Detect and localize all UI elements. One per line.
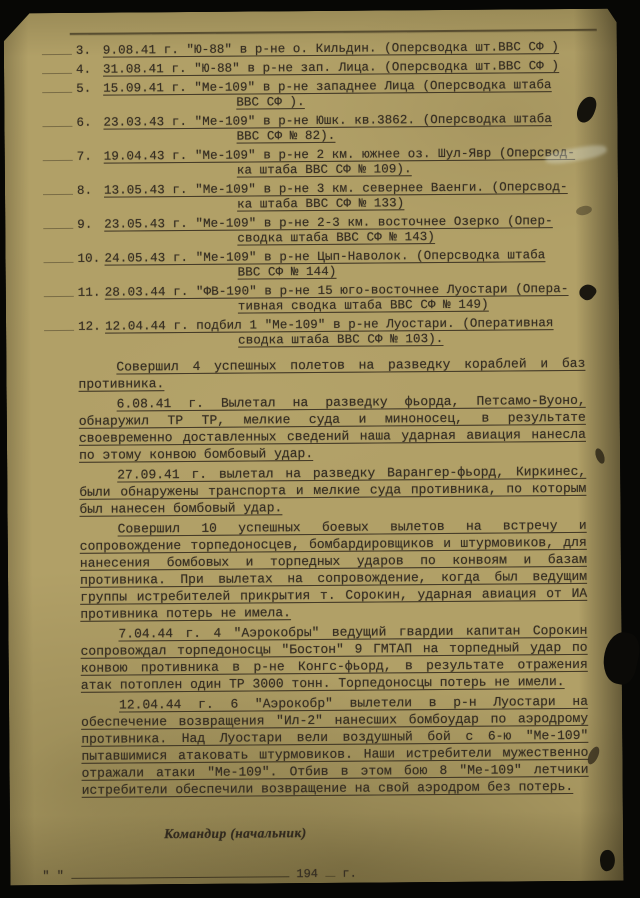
scanned-document-page: { "meta": { "description": "Scanned type… — [0, 0, 640, 898]
list-item: 7.19.04.43 г. "Ме-109" в р-не 2 км. южне… — [77, 146, 584, 180]
entry-text: 23.03.43 г. "Ме-109" в р-не Юшк. кв.3862… — [103, 112, 552, 130]
victory-list: 3.9.08.41 г. "Ю-88" в р-не о. Кильдин. (… — [76, 40, 585, 350]
entry-text: 28.03.44 г. "ФВ-190" в р-не 15 юго-восто… — [105, 282, 569, 300]
entry-number: 3. — [76, 44, 103, 59]
entry-continuation: ВВС СФ ). — [236, 93, 583, 111]
entry-continuation: ВВС СФ № 82). — [237, 127, 584, 145]
entry-number: 11. — [78, 286, 105, 301]
list-item: 3.9.08.41 г. "Ю-88" в р-не о. Кильдин. (… — [76, 40, 583, 59]
entry-continuation: сводка штаба ВВС СФ № 143) — [237, 229, 584, 247]
date-year-suffix: г. — [342, 867, 357, 881]
list-item: 12.12.04.44 г. подбил 1 "Ме-109" в р-не … — [78, 316, 585, 350]
list-item: 9.23.05.43 г. "Ме-109" в р-не 2-3 км. во… — [77, 214, 584, 248]
list-item: 10.24.05.43 г. "Ме-109" в р-не Цып-Навол… — [77, 248, 584, 282]
entry-text: 19.04.43 г. "Ме-109" в р-не 2 км. южнее … — [104, 146, 575, 164]
entry-text: 15.09.41 г. "Ме-109" в р-не западнее Лиц… — [103, 78, 552, 96]
paper-sheet: 3.9.08.41 г. "Ю-88" в р-не о. Кильдин. (… — [4, 9, 624, 886]
commander-label: Командир (начальник) — [164, 823, 589, 842]
date-form-line: " " 194 г. — [42, 865, 589, 883]
paragraph: 27.09.41 г. вылетал на разведку Варангер… — [79, 463, 586, 518]
entry-text: 31.08.41 г. "Ю-88" в р-не зап. Лица. (Оп… — [103, 59, 559, 77]
scan-frame: 3.9.08.41 г. "Ю-88" в р-не о. Кильдин. (… — [0, 0, 640, 898]
entry-number: 9. — [77, 218, 104, 233]
entry-number: 6. — [76, 116, 103, 131]
entry-continuation: ка штаба ВВС СФ № 133) — [237, 195, 584, 213]
entry-text: 9.08.41 г. "Ю-88" в р-не о. Кильдин. (Оп… — [103, 40, 559, 58]
entry-text: 23.05.43 г. "Ме-109" в р-не 2-3 км. вост… — [104, 214, 553, 232]
list-item: 8.13.05.43 г. "Ме-109" в р-не 3 км. севе… — [77, 180, 584, 214]
top-horizontal-rule — [70, 29, 597, 35]
entry-number: 5. — [76, 82, 103, 97]
date-blank-rule — [71, 876, 289, 879]
list-item: 5.15.09.41 г. "Ме-109" в р-не западнее Л… — [76, 78, 583, 112]
entry-number: 10. — [77, 252, 104, 267]
entry-continuation: тивная сводка штаба ВВС СФ № 149) — [238, 297, 585, 315]
paragraph: 6.08.41 г. Вылетал на разведку фьорда, П… — [79, 392, 587, 464]
date-year-prefix: 194 — [296, 867, 318, 881]
entry-number: 4. — [76, 63, 103, 78]
entry-text: 24.05.43 г. "Ме-109" в р-не Цып-Наволок.… — [104, 248, 545, 265]
signature-block: Командир (начальник) " " 194 г. — [82, 823, 589, 883]
date-year-blank — [325, 876, 335, 877]
entry-number: 12. — [78, 320, 105, 335]
paragraph: Совершил 10 успешных боевых вылетов на в… — [80, 517, 588, 623]
date-quotes: " " — [42, 869, 64, 883]
paragraph: Совершил 4 успешных полетов на разведку … — [78, 355, 585, 393]
entry-continuation: ВВС СФ № 144) — [238, 263, 585, 281]
entry-text: 13.05.43 г. "Ме-109" в р-не 3 км. северн… — [104, 180, 568, 198]
entry-text: 12.04.44 г. подбил 1 "Ме-109" в р-не Луо… — [105, 316, 554, 334]
entry-number: 7. — [77, 150, 104, 165]
list-item: 6.23.03.43 г. "Ме-109" в р-не Юшк. кв.38… — [76, 112, 583, 146]
paragraph: 7.04.44 г. 4 "Аэрокобры" ведущий гвардии… — [80, 622, 588, 694]
entry-continuation: сводка штаба ВВС СФ № 103). — [238, 331, 585, 349]
paragraph: 12.04.44 г. 6 "Аэрокобр" вылетели в р-н … — [81, 693, 589, 799]
list-item: 11.28.03.44 г. "ФВ-190" в р-не 15 юго-во… — [78, 282, 585, 316]
list-item: 4.31.08.41 г. "Ю-88" в р-не зап. Лица. (… — [76, 59, 583, 78]
entry-number: 8. — [77, 184, 104, 199]
entry-continuation: ка штаба ВВС СФ № 109). — [237, 161, 584, 179]
narrative-section: Совершил 4 успешных полетов на разведку … — [78, 355, 588, 799]
